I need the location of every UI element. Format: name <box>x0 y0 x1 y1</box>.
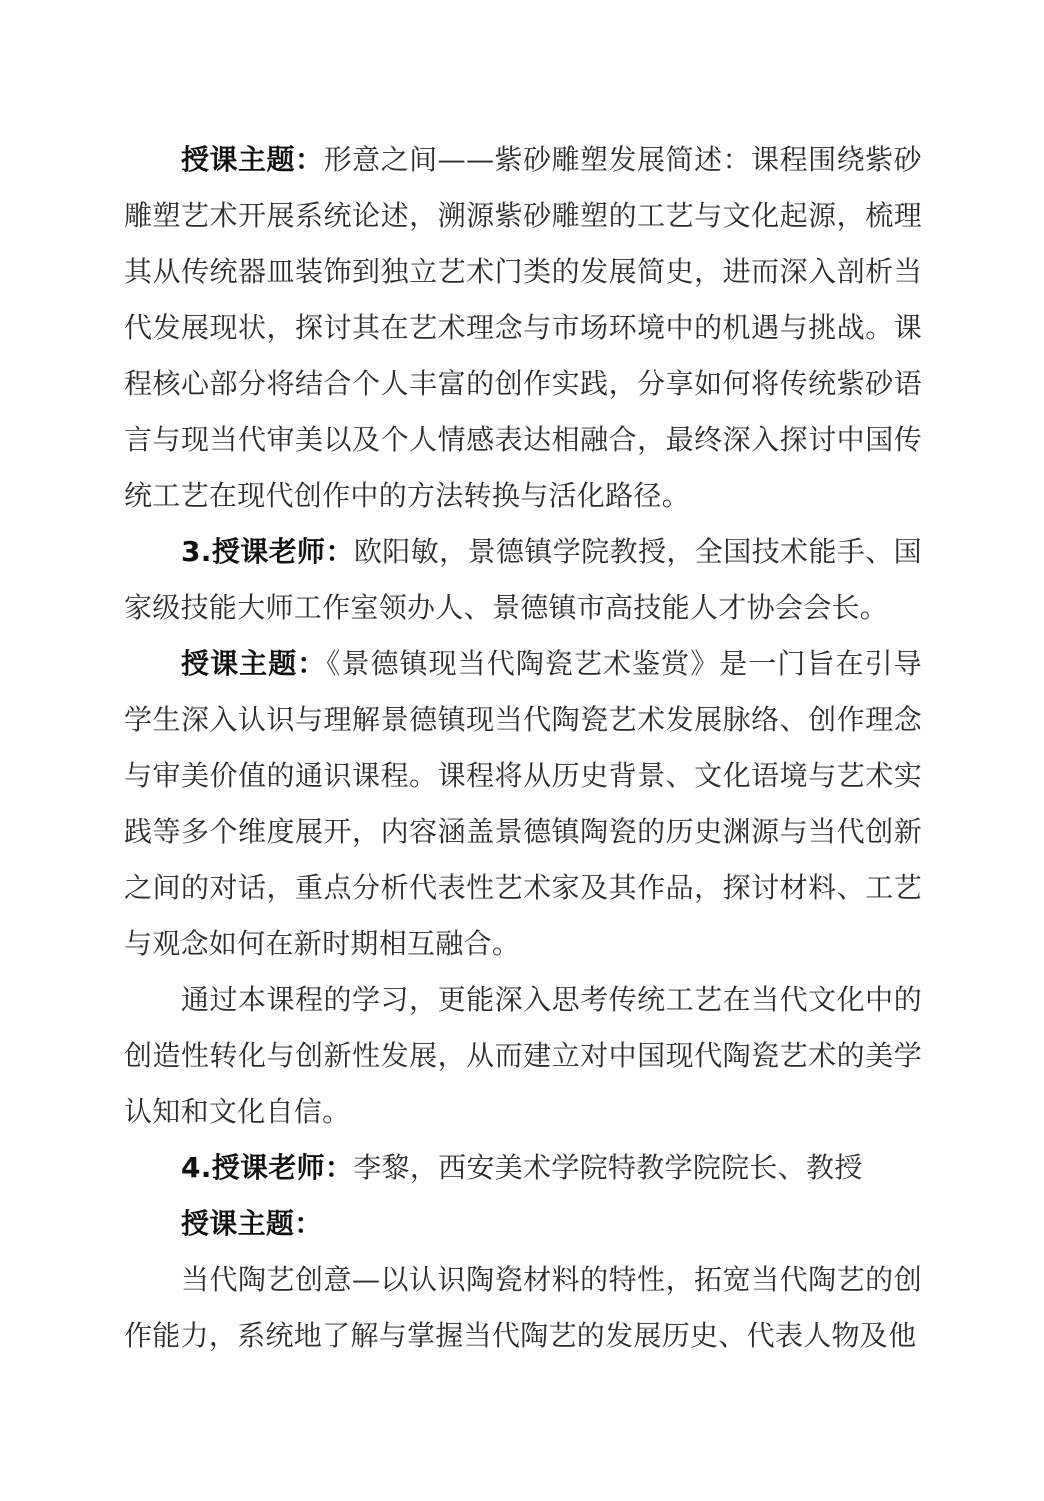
paragraph-topic-3-summary: 通过本课程的学习，更能深入思考传统工艺在当代文化中的创造性转化与创新性发展，从而… <box>124 972 922 1140</box>
topic-label: 授课主题： <box>181 1207 323 1240</box>
paragraph-topic-4: 授课主题： <box>124 1196 922 1252</box>
topic-label: 授课主题： <box>181 647 326 680</box>
paragraph-topic-2: 授课主题：形意之间——紫砂雕塑发展简述：课程围绕紫砂雕塑艺术开展系统论述，溯源紫… <box>124 132 922 524</box>
paragraph-teacher-4: 4.授课老师：李黎，西安美术学院特教学院院长、教授 <box>124 1140 922 1196</box>
teacher-label: 3.授课老师： <box>181 535 354 568</box>
teacher-label: 4.授课老师： <box>181 1151 353 1184</box>
summary-text: 通过本课程的学习，更能深入思考传统工艺在当代文化中的创造性转化与创新性发展，从而… <box>124 983 922 1128</box>
document-page: 授课主题：形意之间——紫砂雕塑发展简述：课程围绕紫砂雕塑艺术开展系统论述，溯源紫… <box>124 132 922 1364</box>
paragraph-teacher-3: 3.授课老师：欧阳敏，景德镇学院教授，全国技术能手、国家级技能大师工作室领办人、… <box>124 524 922 636</box>
topic-text: 形意之间——紫砂雕塑发展简述：课程围绕紫砂雕塑艺术开展系统论述，溯源紫砂雕塑的工… <box>124 143 922 512</box>
topic-text: 《景德镇现当代陶瓷艺术鉴赏》是一门旨在引导学生深入认识与理解景德镇现当代陶瓷艺术… <box>124 647 922 960</box>
paragraph-topic-3: 授课主题：《景德镇现当代陶瓷艺术鉴赏》是一门旨在引导学生深入认识与理解景德镇现当… <box>124 636 922 972</box>
topic-body-text: 当代陶艺创意—以认识陶瓷材料的特性，拓宽当代陶艺的创作能力，系统地了解与掌握当代… <box>124 1263 922 1352</box>
topic-label: 授课主题： <box>181 143 324 176</box>
teacher-text: 李黎，西安美术学院特教学院院长、教授 <box>353 1151 862 1184</box>
paragraph-topic-4-body: 当代陶艺创意—以认识陶瓷材料的特性，拓宽当代陶艺的创作能力，系统地了解与掌握当代… <box>124 1252 922 1364</box>
